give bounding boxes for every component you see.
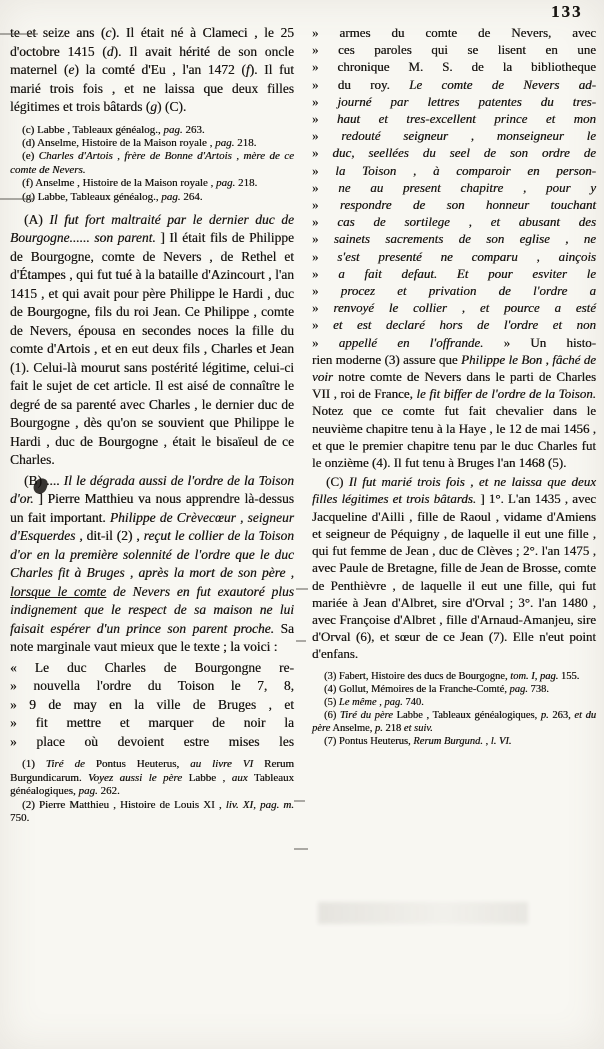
- quote-line: » la Toison , à comparoir en person-: [312, 162, 596, 179]
- footnote-entry: (e) Charles d'Artois , frère de Bonne d'…: [10, 150, 294, 177]
- scan-artifact-line: [0, 33, 38, 35]
- quote-line: » place où devoient estre mises les: [10, 733, 294, 752]
- scan-artifact-line: [0, 198, 34, 200]
- quote-line: » 9 de may en la ville de Bruges , et: [10, 696, 294, 715]
- footnote-entry: (6) Tiré du père Labbe , Tableaux généal…: [312, 709, 596, 735]
- footnote-entry: (3) Fabert, Histoire des ducs de Bourgog…: [312, 670, 596, 683]
- quote-line: » armes du comte de Nevers, avec: [312, 24, 596, 41]
- quote-line: « Le duc Charles de Bourgongne re-: [10, 659, 294, 678]
- footnote-entry: (f) Anselme , Histoire de la Maison roya…: [10, 177, 294, 190]
- remark-paragraph-c: (C) Il fut marié trois fois , et ne lais…: [312, 473, 596, 662]
- book-page: 133 te et seize ans (c). Il était né à C…: [0, 0, 604, 1049]
- footnote-block-right: (3) Fabert, Histoire des ducs de Bourgog…: [312, 670, 596, 748]
- quote-continuation: » armes du comte de Nevers, avec» ces pa…: [312, 24, 596, 351]
- paragraph-continuation: te et seize ans (c). Il était né à Clame…: [10, 24, 294, 117]
- quote-line: » fit mettre et marquer de noir la: [10, 714, 294, 733]
- quote-line: » haut et tres-excellent prince et mon: [312, 110, 596, 127]
- quote-line: » appellé en l'offrande. » Un histo-: [312, 334, 596, 351]
- scan-artifact-line: [296, 588, 308, 590]
- footnote-entry: (d) Anselme, Histoire de la Maison royal…: [10, 137, 294, 150]
- quote-line: » et est declaré hors de l'ordre et non: [312, 316, 596, 333]
- right-column: » armes du comte de Nevers, avec» ces pa…: [312, 0, 596, 748]
- quote-line: » redouté seigneur , monseigneur le: [312, 127, 596, 144]
- quote-line: » respondre de son honneur touchant: [312, 196, 596, 213]
- quote-line: » du roy. Le comte de Nevers ad-: [312, 76, 596, 93]
- marginal-note-quote: « Le duc Charles de Bourgongne re-» nouv…: [10, 659, 294, 752]
- quote-line: » nouvella l'ordre du Toison le 7, 8,: [10, 677, 294, 696]
- quote-line: » sainets sacrements de son eglise , ne: [312, 230, 596, 247]
- quote-line: » renvoyé le collier , et pource a esté: [312, 299, 596, 316]
- quote-line: » procez et privation de l'ordre a: [312, 282, 596, 299]
- left-column: te et seize ans (c). Il était né à Clame…: [10, 0, 294, 832]
- scan-artifact-line: [294, 800, 305, 802]
- footnote-entry: (c) Labbe , Tableaux généalog., pag. 263…: [10, 124, 294, 137]
- footnote-entry: (4) Gollut, Mémoires de la Franche-Comté…: [312, 683, 596, 696]
- quote-line: » ne au present chapitre , pour y: [312, 179, 596, 196]
- footnote-entry: (g) Labbe, Tableaux généalog., pag. 264.: [10, 191, 294, 204]
- footnote-entry: (7) Pontus Heuterus, Rerum Burgund. , l.…: [312, 735, 596, 748]
- quote-line: » s'est presenté ne comparu , ainçois: [312, 248, 596, 265]
- remark-paragraph-b: (B) .... Il le dégrada aussi de l'ordre …: [10, 472, 294, 657]
- bleed-through-smudge: [318, 902, 528, 924]
- quote-line: » ces paroles qui se lisent en une: [312, 41, 596, 58]
- scan-artifact-line: [296, 640, 306, 642]
- remark-paragraph-a: (A) Il fut fort maltraité par le dernier…: [10, 211, 294, 470]
- quote-line: » journé par lettres patentes du tres-: [312, 93, 596, 110]
- footnote-block-letters: (c) Labbe , Tableaux généalog., pag. 263…: [10, 124, 294, 204]
- quote-line: » cas de sortilege , et abusant des: [312, 213, 596, 230]
- quote-line: » chronique M. S. de la bibliotheque: [312, 58, 596, 75]
- footnote-entry: (1) Tiré de Pontus Heuterus, au livre VI…: [10, 758, 294, 798]
- paragraph-historian-note: rien moderne (3) assure que Philippe le …: [312, 351, 596, 471]
- scan-artifact-line: [294, 848, 308, 850]
- footnote-entry: (5) Le même , pag. 740.: [312, 696, 596, 709]
- quote-line: » duc, seellées du seel de son ordre de: [312, 144, 596, 161]
- footnote-block-numbered: (1) Tiré de Pontus Heuterus, au livre VI…: [10, 758, 294, 825]
- quote-line: » a fait defaut. Et pour esviter le: [312, 265, 596, 282]
- footnote-entry: (2) Pierre Matthieu , Histoire de Louis …: [10, 799, 294, 826]
